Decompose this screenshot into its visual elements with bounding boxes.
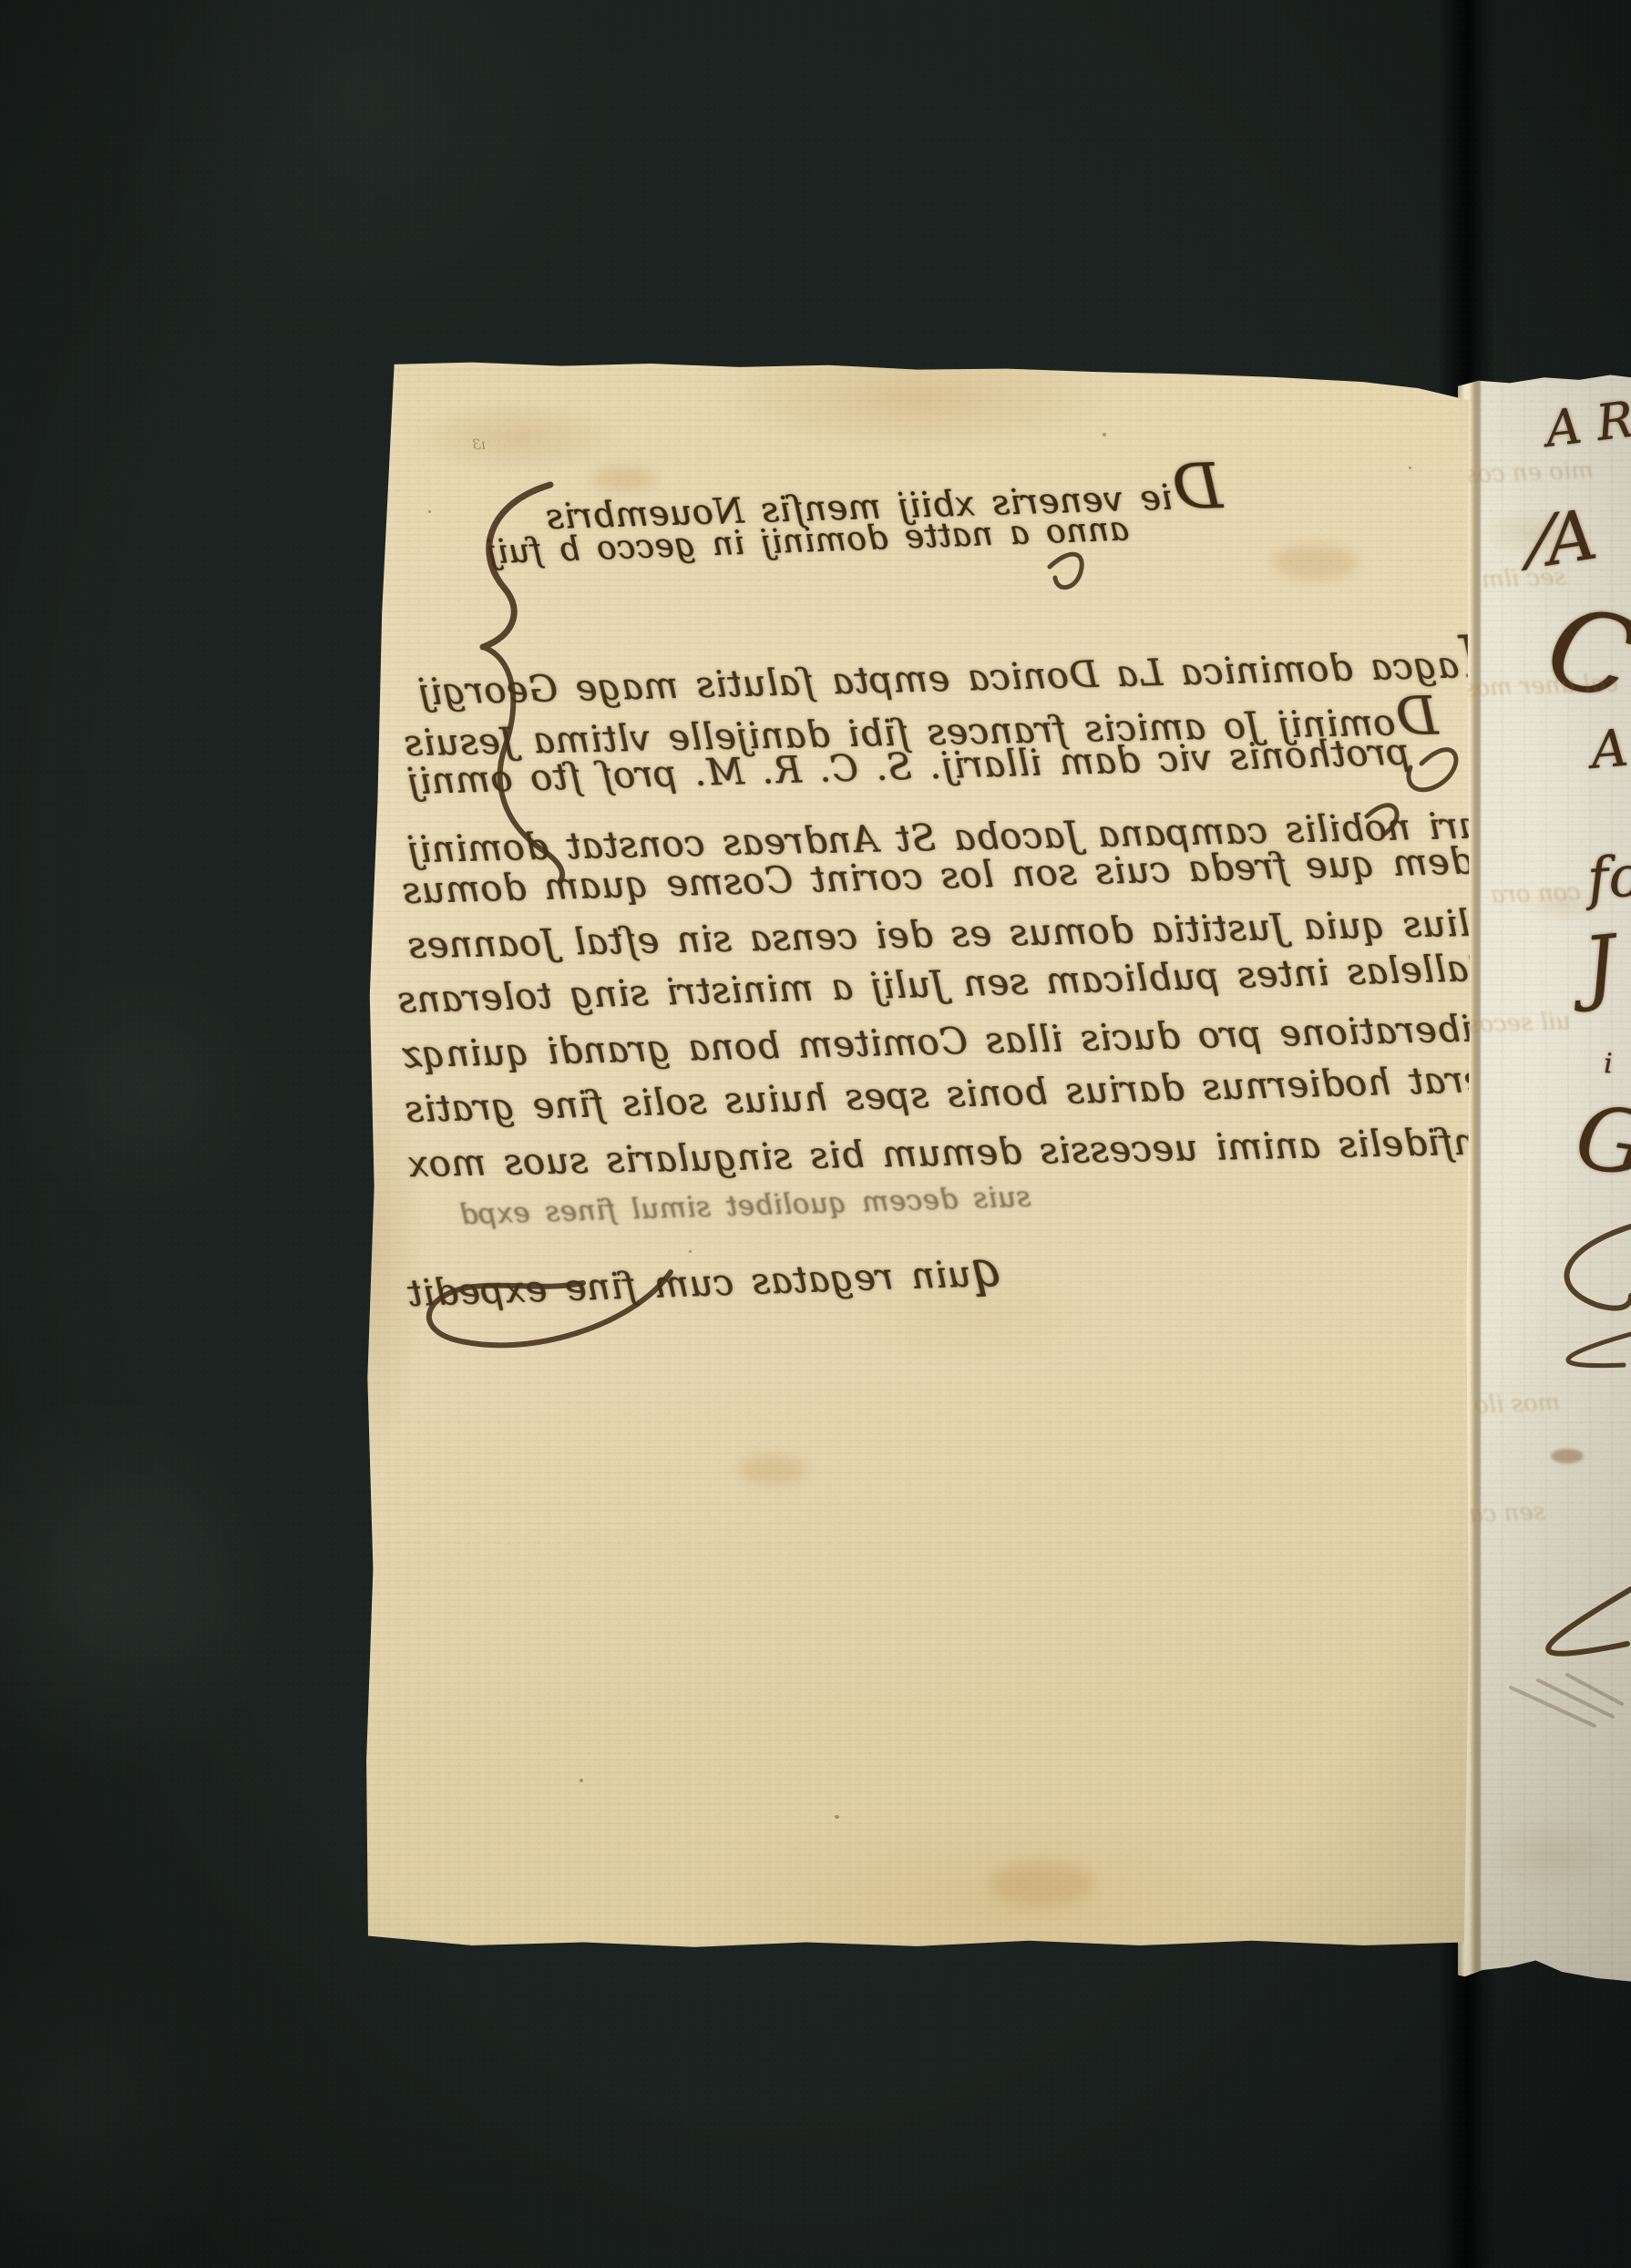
ink-speck bbox=[999, 2052, 1001, 2055]
handwriting-fragment: A R bbox=[1543, 390, 1631, 457]
ink-speck bbox=[835, 1815, 839, 1819]
ink-showthrough: uil secos bbox=[1467, 1008, 1572, 1039]
adjacent-folio-edge: A R ⁄A C A fo J i G mio en cos sec ilm c… bbox=[1458, 372, 1631, 1985]
ink-showthrough: sen cal bbox=[1462, 1498, 1546, 1528]
ink-speck bbox=[689, 1250, 692, 1253]
foxing-stain bbox=[1551, 1449, 1584, 1463]
ink-speck bbox=[1103, 433, 1106, 436]
foxing-stain bbox=[990, 1861, 1094, 1906]
ink-speck bbox=[580, 1779, 583, 1782]
foxing-stain bbox=[1185, 2166, 1240, 2190]
mirrored-text: Infidelis animi uecessis demum bis singu… bbox=[407, 1121, 1493, 1185]
handwriting-fragment: i bbox=[1604, 1048, 1613, 1080]
handwriting-fragment: A bbox=[1588, 718, 1630, 780]
ink-showthrough: cal uner mos bbox=[1463, 670, 1619, 703]
handwriting-fragment: C bbox=[1534, 580, 1631, 726]
foxing-stain bbox=[592, 467, 656, 490]
ink-speck bbox=[428, 510, 431, 513]
ink-showthrough: mio en cos bbox=[1465, 457, 1595, 489]
manuscript-page: ı3 Die veneris xbiij menſis Nouembris an… bbox=[361, 357, 1474, 1952]
body-line-closing: quin regatas cum fine expedit bbox=[406, 1239, 1004, 1318]
handwriting-fragment: J bbox=[1579, 917, 1621, 1013]
ink-speck bbox=[1418, 977, 1421, 980]
body-line-faded: suis decem quolibet simul fines expd bbox=[459, 1180, 1031, 1231]
mirrored-text: quin regatas cum fine expedit bbox=[406, 1239, 1004, 1318]
ink-showthrough: sec ilm bbox=[1482, 563, 1567, 593]
archival-photo-scene: A R ⁄A C A fo J i G mio en cos sec ilm c… bbox=[0, 0, 1631, 2268]
ink-speck bbox=[1409, 467, 1411, 469]
handwriting-fragment: G bbox=[1570, 1085, 1631, 1196]
handwriting-fragment: fo bbox=[1585, 842, 1631, 912]
foxing-stain bbox=[739, 1455, 807, 1484]
foxing-stain bbox=[1272, 544, 1359, 580]
ink-showthrough: con ora bbox=[1491, 878, 1582, 908]
corner-mark: ı3 bbox=[472, 436, 486, 453]
ink-showthrough: mos ilo bbox=[1474, 1389, 1561, 1419]
body-line: Infidelis animi uecessis demum bis singu… bbox=[407, 1121, 1493, 1185]
mirrored-text: suis decem quolibet simul fines expd bbox=[459, 1180, 1031, 1231]
